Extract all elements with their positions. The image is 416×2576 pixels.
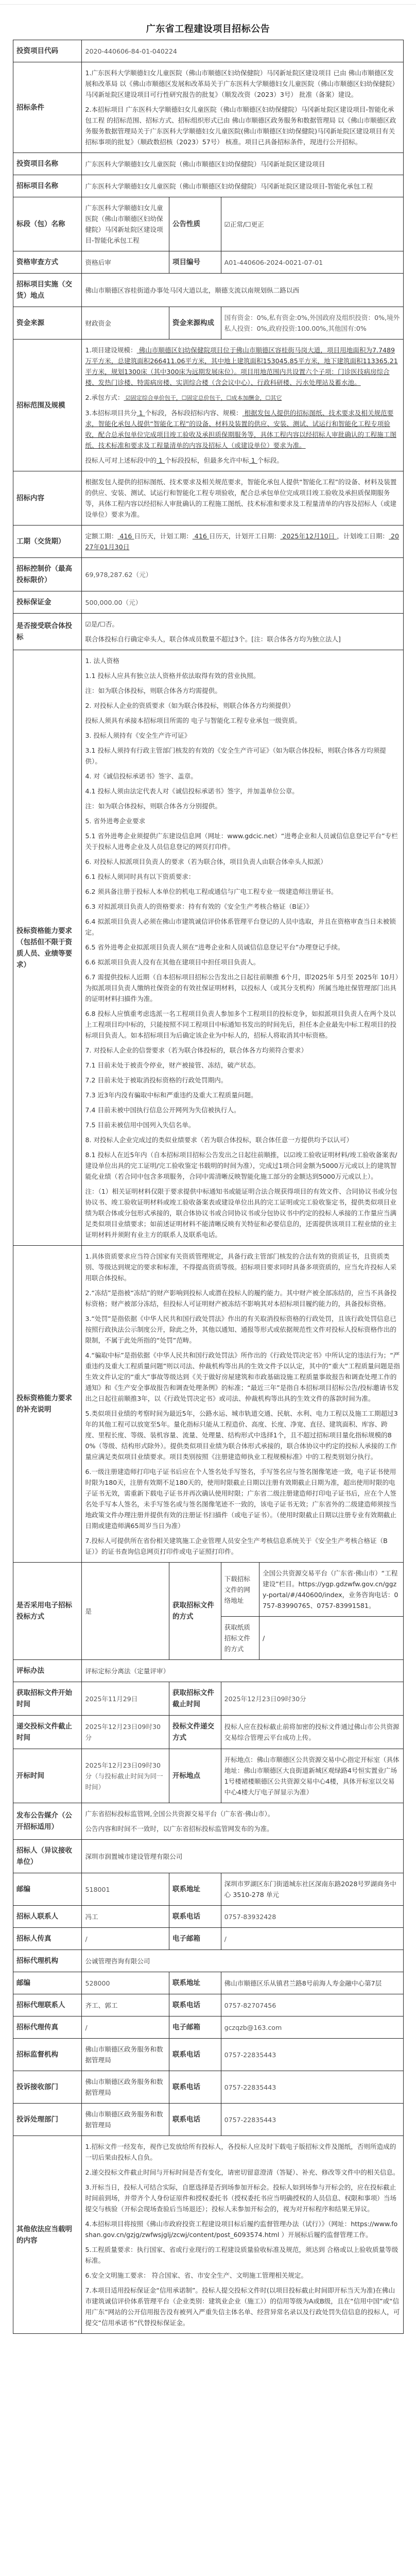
quota-days: 416 <box>117 532 134 540</box>
duration-text: 定额工期： <box>85 532 117 540</box>
requirement-item: 1. 法人资格 <box>85 655 400 666</box>
label-conditions: 招标条件 <box>13 62 82 153</box>
value-section-name: 广东医科大学顺德妇女儿童医院（佛山市顺德区妇幼保健院）马冈新址院区建设项目-智能… <box>82 197 169 251</box>
requirement-item: 6. 对投标人拟派项目负责人的要求（若为联合体，项目负责人由联合体牵头人拟派） <box>85 856 400 867</box>
row-agency-fax: 招标代理传真 / 电子邮箱 gczqzb@163.com <box>13 2016 404 2039</box>
label-obtain-end: 获取招标文件截止时间 <box>169 1682 221 1716</box>
other-item: 5.工程质量要求：执行国家、省或行业现行的工程建设质量验收标准及规范，须达到 合… <box>85 2244 400 2266</box>
supplement-item: 5.类似项目业绩的考察时间为最近5年，公路水运、城市轨道交通、民航、水利、电力工… <box>85 1408 400 1462</box>
value-agency: 公诚管理咨询有限公司 <box>82 1950 404 1972</box>
media-note: 公告内容和时间不一致时，以广东省招标投标监管网发布的为准。 <box>85 1823 400 1834</box>
value-media: 广东省招标投标监管网,全国公共资源交易平台（广东省·佛山市）。 公告内容和时间不… <box>82 1803 404 1840</box>
requirement-item: 5. 省外进粤企业要求 <box>85 816 400 826</box>
label-fax: 招标人传真 <box>13 1928 82 1950</box>
label-address: 联系地址 <box>169 1873 221 1906</box>
label-submit-deadline: 递交投标文件截止时间 <box>13 1716 82 1749</box>
requirement-item: 注：如为联合体投标，则联合体各方均需提供。 <box>85 685 400 696</box>
row-deposit: 投标保证金 500,000.00（元） <box>13 591 404 614</box>
row-funding: 资金来源 财政资金 资金来源构成 国有资金：0%,私有资金:0%,外国政府及组织… <box>13 307 404 340</box>
label-phone: 联系电话 <box>169 2071 221 2104</box>
value-investment-name: 广东医科大学顺德妇女儿童医院（佛山市顺德区妇幼保健院）马冈新址院区建设项目 <box>82 153 404 175</box>
value-project-number: A01-440606-2024-0021-07-01 <box>221 251 403 274</box>
value-phone: 0757-82707456 <box>221 1994 403 2016</box>
requirement-item: 7.4 目前未被中国执行信息公开网列为失信被执行人。 <box>85 1105 400 1115</box>
value-submit-deadline: 2025年12月23日09时30分 <box>82 1716 169 1749</box>
value-location: 佛山市顺德区容桂街道办事处马冈大道以北，顺德支流以南规划纵二路以西 <box>82 274 404 307</box>
supplement-item: 2.“冻结”是指被“冻结”的财产影响到投标人或潜在投标人的履约能力。其中财产被全… <box>85 1287 400 1309</box>
label-qualification: 资格审查方式 <box>13 251 82 274</box>
value-funding: 财政资金 <box>82 307 169 340</box>
value-download-address[interactable]: 全国公共资源交易平台（广东省·佛山市）“工程建设”栏目。https://ygp.… <box>259 1563 403 1617</box>
sections-prefix: 3.本招标项目共分 <box>85 409 136 417</box>
label-investment-name: 投资项目名称 <box>13 153 82 175</box>
requirement-item: 1.1 投标人应具有独立法人资格并依法取得有效的营业执照。 <box>85 670 400 681</box>
value-conditions: 1.广东医科大学顺德妇女儿童医院（佛山市顺德区妇幼保健院）马冈新址院区建设项目 … <box>82 62 404 153</box>
requirement-item: 4.1 投标人须由法定代表人对《诚信投标承诺书》签字，并加盖单位公章。 <box>85 786 400 796</box>
label-requirements: 投标资格能力要求（包括但不限于资质人员、业绩等要求） <box>13 650 82 1246</box>
page-title: 广东省工程建设项目招标公告 <box>0 22 416 35</box>
row-investment-name: 投资项目名称 广东医科大学顺德妇女儿童医院（佛山市顺德区妇幼保健院）马冈新址院区… <box>13 153 404 175</box>
label-duration: 工期（交货期） <box>13 526 82 558</box>
row-qualification: 资格审查方式 资格后审 项目编号 A01-440606-2024-0021-07… <box>13 251 404 274</box>
label-phone: 联系电话 <box>169 2104 221 2136</box>
requirement-item: 6.7 需提供投标人近期（自本招标项目招标公告发出之日起往前顺推 6个月，即20… <box>85 972 400 1004</box>
win-limit-count: 1 <box>249 456 257 464</box>
contract-mode-options: ☑固定综合单价包干，☐固定总价包干，☐成本加酬金，☐其它 <box>124 395 282 401</box>
row-media: 发布公告媒介（公开招标适用） 广东省招标投标监管网,全国公共资源交易平台（广东省… <box>13 1803 404 1840</box>
requirement-item: 8. 对投标人企业完成过的类似业绩要求（若为联合体投标，联合体任意一方提供均予以… <box>85 1134 400 1145</box>
value-paper-method: / <box>259 1617 403 1660</box>
other-item: 4.本招标项目将按照《佛山市政府投资工程建设项目标后履约监督管理办法（试行）》（… <box>85 2218 400 2240</box>
requirement-item: 4. 对《诚信投标承诺书》签字、盖章。 <box>85 771 400 782</box>
conditions-paragraph: 2.本招标项目 广东医科大学顺德妇女儿童医院（佛山市顺德区妇幼保健院）马冈新址院… <box>85 104 400 147</box>
label-location: 招标项目实施（交货）地点 <box>13 274 82 307</box>
label-phone: 联系电话 <box>169 1994 221 2016</box>
requirement-item: 3. 投标人须持有《安全生产许可证》 <box>85 730 400 741</box>
media-channels: 广东省招标投标监管网,全国公共资源交易平台（广东省·佛山市）。 <box>85 1808 400 1819</box>
row-content: 招标内容 根据发包人提供的招标图纸、技术要求及相关规范要求，智能化承包人提供“智… <box>13 471 404 526</box>
row-tenderer: 招标人（异议接收单位） 深圳市润置城市建设管理有限公司 <box>13 1840 404 1873</box>
row-complaint-receive: 投诉接收部门 佛山市顺德区政务服务和数据管理局 联系电话 0757-228354… <box>13 2071 404 2104</box>
label-opening-place: 开标地点 <box>169 1749 221 1803</box>
value-qualification: 资格后审 <box>82 251 169 274</box>
label-download-address: 下载招标文件的网络地址 <box>221 1563 259 1617</box>
supplement-item: 3.“处罚”是指依据《中华人民共和国行政处罚法》作出的有关取消投标资格的行政处罚… <box>85 1313 400 1346</box>
supplement-item: 7.投标人可提供所在省份相关建筑施工企业管理人员安全生产考核信息系统关于《安全生… <box>85 1535 400 1557</box>
requirement-item: 注：如为联合体投标，则联合体各方分别提供。 <box>85 801 400 811</box>
requirement-item: 6.1 投标人须同时具有以下资质要求： <box>85 871 400 882</box>
value-complaint-receive: 佛山市顺德区政务服务和数据管理局 <box>82 2071 169 2104</box>
requirement-item: 6.5 省外进粤企业拟派项目负责人须在“进粤企业和人员诚信信息登记平台”办理登记… <box>85 942 400 953</box>
duration-text: 日历天，计划工期： <box>134 532 192 540</box>
value-submit-method: 投标人应在投标截止前将加密的投标文件通过佛山市公共资源交易综合管理云平台成功上传… <box>221 1716 403 1749</box>
planned-days: 416 <box>193 532 209 540</box>
start-date: 2025年12月10日 <box>280 532 337 540</box>
value-electronic: 是 <box>82 1563 169 1660</box>
row-section-name: 标段（包）名称 广东医科大学顺德妇女儿童医院（佛山市顺德区妇幼保健院）马冈新址院… <box>13 197 404 251</box>
scope-sections: 3.本招标项目共分 1 个标段，各标段招标内容、规模： 根据发包人提供的招标图纸… <box>85 408 400 451</box>
scope-scale-prefix: 1.项目建设规模： <box>85 346 136 354</box>
value-obtain-end: 2025年12月23日09时30分 <box>221 1682 403 1716</box>
bid-limit-text: 个标段投标，但最多允许中标 <box>165 456 249 464</box>
label-media: 发布公告媒介（公开招标适用） <box>13 1803 82 1840</box>
label-complaint-handle: 投诉处理部门 <box>13 2104 82 2136</box>
row-conditions: 招标条件 1.广东医科大学顺德妇女儿童医院（佛山市顺德区妇幼保健院）马冈新址院区… <box>13 62 404 153</box>
row-opening: 开标时间 2025年12月23日09时30分（与投标截止时间为同一时间） 开标地… <box>13 1749 404 1803</box>
row-project-code: 投资项目代码 2020-440606-84-01-040224 <box>13 40 404 62</box>
value-funding-composition: 国有资金：0%,私有资金:0%,外国政府及组织投资：0%,境外私人投资：0%,政… <box>221 307 403 340</box>
label-postcode: 邮编 <box>13 1972 82 1994</box>
other-item: 6.安全文明施工要求： 符合国家、省、市安全生产、文明施工管理相关规定。 <box>85 2270 400 2281</box>
supplement-item: 4.“骗取中标”是指依据《中华人民共和国行政处罚法》所作出的《行政处罚决定书》中… <box>85 1350 400 1404</box>
value-tender-name: 广东医科大学顺德妇女儿童医院（佛山市顺德区妇幼保健院）马冈新址院区建设项目-智能… <box>82 175 404 197</box>
requirement-item: 7.3 近3年内没有骗取中标和严重违约及重大工程质量问题。 <box>85 1090 400 1100</box>
value-phone: 0757-83932428 <box>221 1906 403 1928</box>
supplement-item: 6.一级注册建造师打印电子证书后应在个人签名处手写签名，手写签名应与签名图像笔迹… <box>85 1466 400 1531</box>
requirement-item: 5.1 省外进粤企业须提供广东建设信息网（网址：www.gdcic.net）“进… <box>85 831 400 852</box>
value-evaluation: 评标定标分离法（定量评审） <box>82 1660 404 1682</box>
label-tender-name: 招标项目名称 <box>13 175 82 197</box>
value-email: / <box>221 1928 403 1950</box>
requirement-item: 6.8 投标人应慎重考虑选派一名工程项目负责人参加多个工程项目的投标竞争，如拟派… <box>85 1008 400 1041</box>
other-item: 7.本项目适用投标保证金“信用承诺制”。投标人提交投标文件时(以项目投标截止时间… <box>85 2285 400 2328</box>
value-phone: 0757-22835443 <box>221 2104 403 2136</box>
row-supplement: 投标资格能力要求的补充说明 1.具体资质要求应当符合国家有关资质管理规定，具备行… <box>13 1246 404 1563</box>
label-supplement: 投标资格能力要求的补充说明 <box>13 1246 82 1563</box>
value-deposit: 500,000.00（元） <box>82 591 404 614</box>
consortium-choice: ☑是/☐否。 <box>85 619 400 630</box>
label-email: 电子邮箱 <box>169 1928 221 1950</box>
bid-limit-text: 个标段。 <box>257 456 283 464</box>
label-deposit: 投标保证金 <box>13 591 82 614</box>
contract-mode-prefix: 2.承包方式： <box>85 394 124 401</box>
notice-table: 投资项目代码 2020-440606-84-01-040224 招标条件 1.广… <box>13 40 404 2334</box>
requirement-item: 8.1 投标人在近5年内（自本招标项目招标公告发出之日起往前顺推，以☑竣工验收证… <box>85 1149 400 1182</box>
row-agency-contact: 招标代理联系人 齐工、郭工 联系电话 0757-82707456 <box>13 1994 404 2016</box>
label-funding-composition: 资金来源构成 <box>169 307 221 340</box>
requirement-item: 6.4 拟派项目负责人必须在佛山市建筑诚信评价体系管理平台登记的人员中选取，并且… <box>85 916 400 938</box>
value-project-code: 2020-440606-84-01-040224 <box>82 40 404 62</box>
value-requirements: 1. 法人资格 1.1 投标人应具有独立法人资格并依法取得有效的营业执照。 注：… <box>82 650 404 1246</box>
row-tenderer-fax: 招标人传真 / 电子邮箱 / <box>13 1928 404 1950</box>
label-electronic: 是否采用电子招标投标方式 <box>13 1563 82 1660</box>
value-scope: 1.项目建设规模： 佛山市顺德区妇幼保健院项目位于佛山市顺德区容桂街马岗大道，项… <box>82 340 404 471</box>
label-submit-method: 投标文件递交方式 <box>169 1716 221 1749</box>
requirement-item: 投标人须具有承接本招标项目所需的 电子与智能化工程专业承包一级资质。 <box>85 715 400 726</box>
label-scope: 招标范围及规模 <box>13 340 82 471</box>
value-address: 深圳市罗湖区东门街道城东社区深南东路2028号罗湖商务中心 3510-278 单… <box>221 1873 403 1906</box>
value-postcode: 528000 <box>82 1972 169 1994</box>
label-complaint-receive: 投诉接收部门 <box>13 2071 82 2104</box>
value-content: 根据发包人提供的招标图纸、技术要求及相关规范要求，智能化承包人提供“智能化工程”… <box>82 471 404 526</box>
value-consortium: ☑是/☐否。 联合体投标自行确定牵头人，联合体成员数量不超过3个。[注：联合体各… <box>82 614 404 650</box>
requirement-item: 7.1 目前未处于被责令停业，财产被接管、冻结，破产状态。 <box>85 1060 400 1071</box>
scope-bid-limit: 投标人可对上述标段中的 1 个标段投标，但最多允许中标 1 个标段。 <box>85 455 400 466</box>
label-other: 其他依法应当载明的内容 <box>13 2136 82 2334</box>
bid-limit-text: 投标人可对上述标段中的 <box>85 456 157 464</box>
value-address: 佛山市顺德区乐从镇君兰路8号前海人寿金融中心第7层 <box>221 1972 403 1994</box>
row-consortium: 是否接受联合体投标 ☑是/☐否。 联合体投标自行确定牵头人，联合体成员数量不超过… <box>13 614 404 650</box>
label-project-code: 投资项目代码 <box>13 40 82 62</box>
requirement-item: 2. 对投标人企业的资质要求（如为联合体投标，则联合体各方均须提供） <box>85 700 400 711</box>
row-submit: 递交投标文件截止时间 2025年12月23日09时30分 投标文件递交方式 投标… <box>13 1716 404 1749</box>
label-address: 联系地址 <box>169 1972 221 1994</box>
duration-text: ，计划竣工日期： <box>337 532 389 540</box>
label-tenderer: 招标人（异议接收单位） <box>13 1840 82 1873</box>
row-agency: 招标代理机构 公诚管理咨询有限公司 <box>13 1950 404 1972</box>
value-other: 1.招标文件一经发布，视作已发放给所有投标人，各投标人应及时下载电子版招标文件及… <box>82 2136 404 2334</box>
row-requirements: 投标资格能力要求（包括但不限于资质人员、业绩等要求） 1. 法人资格 1.1 投… <box>13 650 404 1246</box>
value-control-price: 69,978,287.62（元） <box>82 558 404 591</box>
other-item: 1.招标文件一经发布，视作已发放给所有投标人，各投标人应及时下载电子版招标文件及… <box>85 2141 400 2163</box>
requirement-item: 注：（1）相关证明材料仅限于要求提供中标通知书或能证明合法合规获得项目的有效文件… <box>85 1186 400 1240</box>
requirement-item: 6.6 拟派项目负责人没有在其他在建项目中担任项目负责人。 <box>85 957 400 968</box>
requirement-item: 7.2 目前未处于被取消投标资格的行政处罚期内。 <box>85 1075 400 1086</box>
value-opening-place: 开标地点：佛山市顺德区公共资源交易中心指定开标室（具体地址：佛山市顺德区大良街道… <box>221 1749 403 1803</box>
row-obtain-time: 获取招标文件开始时间 2025年11月29日 获取招标文件截止时间 2025年1… <box>13 1682 404 1716</box>
label-postcode: 邮编 <box>13 1873 82 1906</box>
value-complaint-handle: 佛山市顺德区政务服务和数据管理局 <box>82 2104 169 2136</box>
label-contact: 招标人联系人 <box>13 1906 82 1928</box>
label-project-number: 项目编号 <box>169 251 221 274</box>
row-agency-postcode: 邮编 528000 联系地址 佛山市顺德区乐从镇君兰路8号前海人寿金融中心第7层 <box>13 1972 404 1994</box>
label-funding: 资金来源 <box>13 307 82 340</box>
scope-scale: 1.项目建设规模： 佛山市顺德区妇幼保健院项目位于佛山市顺德区容桂街马岗大道，项… <box>85 345 400 388</box>
row-scope: 招标范围及规模 1.项目建设规模： 佛山市顺德区妇幼保健院项目位于佛山市顺德区容… <box>13 340 404 471</box>
label-phone: 联系电话 <box>169 2039 221 2071</box>
other-item: 2.递交投标文件截止时间与开标时间是否有变化，请密切留意澄清（答疑）、补充、修改… <box>85 2167 400 2178</box>
value-phone: 0757-22835443 <box>221 2039 403 2071</box>
value-duration: 定额工期： 416 日历天，计划工期： 416 日历天，计划开工日期： 2025… <box>82 526 404 558</box>
label-notice-nature: 公告性质 <box>169 197 221 251</box>
sections-mid: 个标段，各标段招标内容、规模： <box>145 409 242 417</box>
label-evaluation: 评标办法 <box>13 1660 82 1682</box>
requirement-item: 3.1 投标人须持有行政主管部门核发的有效的《安全生产许可证》（如为联合体投标，… <box>85 745 400 767</box>
top-divider <box>0 0 416 5</box>
row-supervisor: 招标监督机构 佛山市顺德区政务服务和数据管理局 联系电话 0757-228354… <box>13 2039 404 2071</box>
label-obtain-start: 获取招标文件开始时间 <box>13 1682 82 1716</box>
label-control-price: 招标控制价（最高投标限价） <box>13 558 82 591</box>
row-complaint-handle: 投诉处理部门 佛山市顺德区政务服务和数据管理局 联系电话 0757-228354… <box>13 2104 404 2136</box>
sections-count: 1 <box>137 409 145 417</box>
value-supervisor: 佛山市顺德区政务服务和数据管理局 <box>82 2039 169 2071</box>
other-item: 3.开标当日，投标人可结合实际，自愿选择是否到场参加开标会。投标人如到场参与开标… <box>85 2182 400 2214</box>
label-supervisor: 招标监督机构 <box>13 2039 82 2071</box>
label-paper-method: 获取纸质招标文件的方式 <box>221 1617 259 1660</box>
label-obtain-method: 获取招标文件的方式 <box>169 1563 221 1660</box>
row-location: 招标项目实施（交货）地点 佛山市顺德区容桂街道办事处马冈大道以北，顺德支流以南规… <box>13 274 404 307</box>
row-tenderer-postcode: 邮编 518001 联系地址 深圳市罗湖区东门街道城东社区深南东路2028号罗湖… <box>13 1873 404 1906</box>
duration-text: 日历天，计划开工日期： <box>209 532 281 540</box>
label-phone: 联系电话 <box>169 1906 221 1928</box>
row-control-price: 招标控制价（最高投标限价） 69,978,287.62（元） <box>13 558 404 591</box>
value-email[interactable]: gczqzb@163.com <box>221 2016 403 2039</box>
bottom-spacer <box>0 2334 416 2357</box>
requirement-item: 6.2 须具备注册于投标人本单位的机电工程或通信与广电工程专业一级建造师注册证书… <box>85 886 400 897</box>
label-contact: 招标代理联系人 <box>13 1994 82 2016</box>
value-supplement: 1.具体资质要求应当符合国家有关资质管理规定，具备行政主管部门核发的合法有效的资… <box>82 1246 404 1563</box>
scope-contract-mode: 2.承包方式： ☑固定综合单价包干，☐固定总价包干，☐成本加酬金，☐其它 <box>85 392 400 403</box>
value-notice-nature: ☑正常/☐更正 <box>221 197 403 251</box>
row-tenderer-contact: 招标人联系人 冯工 联系电话 0757-83932428 <box>13 1906 404 1928</box>
conditions-paragraph: 1.广东医科大学顺德妇女儿童医院（佛山市顺德区妇幼保健院）马冈新址院区建设项目 … <box>85 67 400 100</box>
value-phone: 0757-22835443 <box>221 2071 403 2104</box>
value-postcode: 518001 <box>82 1873 169 1906</box>
label-content: 招标内容 <box>13 471 82 526</box>
value-fax: / <box>82 1928 169 1950</box>
label-fax: 招标代理传真 <box>13 2016 82 2039</box>
row-other: 其他依法应当载明的内容 1.招标文件一经发布，视作已发放给所有投标人，各投标人应… <box>13 2136 404 2334</box>
row-duration: 工期（交货期） 定额工期： 416 日历天，计划工期： 416 日历天，计划开工… <box>13 526 404 558</box>
row-evaluation: 评标办法 评标定标分离法（定量评审） <box>13 1660 404 1682</box>
label-agency: 招标代理机构 <box>13 1950 82 1972</box>
row-electronic: 是否采用电子招标投标方式 是 获取招标文件的方式 下载招标文件的网络地址 全国公… <box>13 1563 404 1617</box>
row-tender-name: 招标项目名称 广东医科大学顺德妇女儿童医院（佛山市顺德区妇幼保健院）马冈新址院区… <box>13 175 404 197</box>
value-fax: / <box>82 2016 169 2039</box>
consortium-note: 联合体投标自行确定牵头人，联合体成员数量不超过3个。[注：联合体各方均为独立法人… <box>85 634 400 645</box>
bid-limit-count: 1 <box>157 456 165 464</box>
label-opening-time: 开标时间 <box>13 1749 82 1803</box>
requirement-item: 7. 对投标人企业的信誉要求（若为联合体投标的，联合体各方均须符合要求） <box>85 1045 400 1056</box>
value-contact: 冯工 <box>82 1906 169 1928</box>
requirement-item: 7.5 目前未被信用中国列入失信名单。 <box>85 1120 400 1130</box>
value-opening-time: 2025年12月23日09时30分（与投标截止时间为同一时间） <box>82 1749 169 1803</box>
value-contact: 齐工、郭工 <box>82 1994 169 2016</box>
value-tenderer: 深圳市润置城市建设管理有限公司 <box>82 1840 404 1873</box>
label-email: 电子邮箱 <box>169 2016 221 2039</box>
supplement-item: 1.具体资质要求应当符合国家有关资质管理规定，具备行政主管部门核发的合法有效的资… <box>85 1251 400 1283</box>
requirement-item: 6.3 对拟派项目负责人的资格要求：持有有效的《安全生产考核合格证（B证）》 <box>85 901 400 912</box>
label-section-name: 标段（包）名称 <box>13 197 82 251</box>
value-obtain-start: 2025年11月29日 <box>82 1682 169 1716</box>
label-consortium: 是否接受联合体投标 <box>13 614 82 650</box>
